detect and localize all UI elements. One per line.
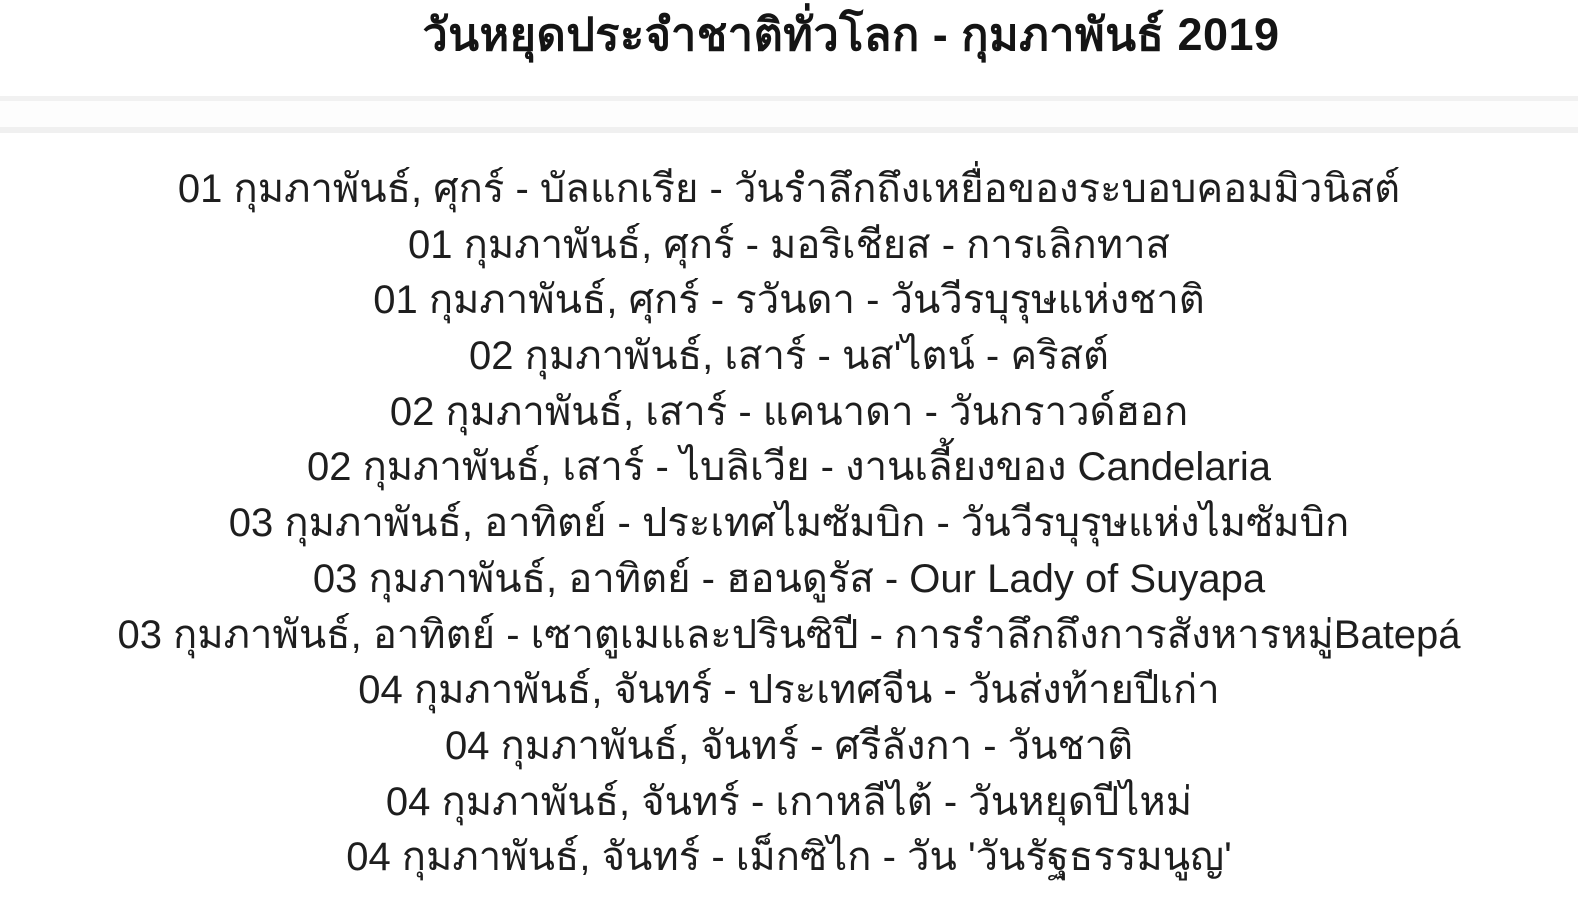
holiday-line: 03 กุมภาพันธ์, อาทิตย์ - ประเทศไมซัมบิก … (0, 496, 1578, 552)
holiday-line: 02 กุมภาพันธ์, เสาร์ - แคนาดา - วันกราวด… (0, 385, 1578, 441)
holiday-line: 03 กุมภาพันธ์, อาทิตย์ - เซาตูเมและปรินซ… (0, 608, 1578, 664)
holiday-line: 01 กุมภาพันธ์, ศุกร์ - รวันดา - วันวีรบุ… (0, 273, 1578, 329)
holiday-line: 02 กุมภาพันธ์, เสาร์ - นส'ไตน์ - คริสต์ (0, 329, 1578, 385)
holiday-line: 04 กุมภาพันธ์, จันทร์ - เม็กซิไก - วัน '… (0, 830, 1578, 886)
holiday-line: 02 กุมภาพันธ์, เสาร์ - ไบลิเวีย - งานเลี… (0, 440, 1578, 496)
holiday-line: 01 กุมภาพันธ์, ศุกร์ - มอริเชียส - การเล… (0, 218, 1578, 274)
holiday-line: 04 กุมภาพันธ์, จันทร์ - ศรีลังกา - วันชา… (0, 719, 1578, 775)
holiday-line: 04 กุมภาพันธ์, จันทร์ - เกาหลีไต้ - วันห… (0, 775, 1578, 831)
holiday-list: 01 กุมภาพันธ์, ศุกร์ - บัลแกเรีย - วันรำ… (0, 162, 1578, 886)
holiday-line: 01 กุมภาพันธ์, ศุกร์ - บัลแกเรีย - วันรำ… (0, 162, 1578, 218)
holiday-line: 04 กุมภาพันธ์, จันทร์ - ประเทศจีน - วันส… (0, 663, 1578, 719)
document-page: วันหยุดประจำชาติทั่วโลก - กุมภาพันธ์ 201… (0, 0, 1578, 900)
header-divider (0, 96, 1578, 133)
holiday-line: 03 กุมภาพันธ์, อาทิตย์ - ฮอนดูรัส - Our … (0, 552, 1578, 608)
page-title: วันหยุดประจำชาติทั่วโลก - กุมภาพันธ์ 201… (62, 2, 1578, 68)
